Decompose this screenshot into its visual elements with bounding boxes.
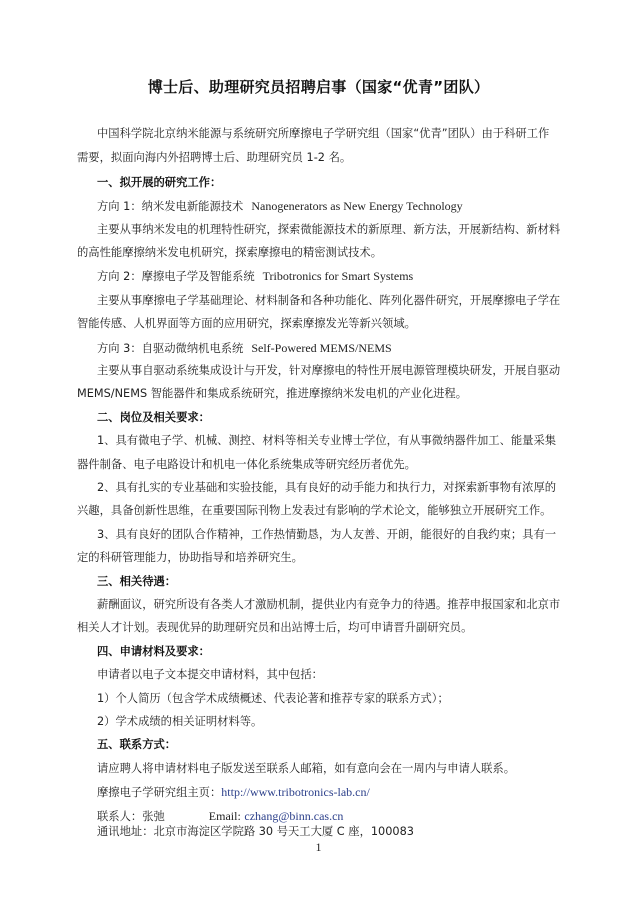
- direction-1-desc-2: 的高性能摩擦纳米发电机研究，探索摩擦电的精密测试技术。: [77, 245, 563, 261]
- contact-person: 联系人：张弛: [97, 810, 165, 823]
- benefits-line-2: 相关人才计划。表现优异的助理研究员和出站博士后，均可申请晋升副研究员。: [77, 620, 563, 636]
- direction-1-english: Nanogenerators as New Energy Technology: [251, 199, 462, 213]
- direction-3-english: Self-Powered MEMS/NEMS: [251, 341, 391, 355]
- direction-3-desc-2: MEMS/NEMS 智能器件和集成系统研究，推进摩擦纳米发电机的产业化进程。: [77, 386, 563, 402]
- page-number: 1: [0, 840, 637, 855]
- requirement-1-line-1: 1、具有微电子学、机械、测控、材料等相关专业博士学位，有从事微纳器件加工、能量采…: [97, 433, 563, 449]
- requirement-3-line-1: 3、具有良好的团队合作精神，工作热情勤恳，为人友善、开朗，能很好的自我约束；具有…: [97, 527, 563, 543]
- email-label: Email:: [209, 809, 241, 823]
- contact-person-line: 联系人：张弛Email: czhang@binn.cas.cn: [97, 808, 563, 825]
- section-heading-materials: 四、申请材料及要求：: [97, 644, 563, 660]
- direction-2-title: 方向 2：摩擦电子学及智能系统Tribotronics for Smart Sy…: [97, 268, 563, 285]
- direction-2-english: Tribotronics for Smart Systems: [263, 269, 414, 283]
- section-heading-benefits: 三、相关待遇：: [97, 574, 563, 590]
- materials-intro: 申请者以电子文本提交申请材料，其中包括：: [97, 667, 563, 683]
- direction-3-title: 方向 3：自驱动微纳机电系统Self-Powered MEMS/NEMS: [97, 340, 563, 357]
- direction-2-label: 方向 2：摩擦电子学及智能系统: [97, 270, 255, 283]
- direction-2-desc-2: 智能传感、人机界面等方面的应用研究，探索摩擦发光等新兴领域。: [77, 316, 563, 332]
- direction-3-desc-1: 主要从事自驱动系统集成设计与开发，针对摩擦电的特性开展电源管理模块研发，开展自驱…: [97, 363, 563, 379]
- requirement-2-line-2: 兴趣，具备创新性思维，在重要国际刊物上发表过有影响的学术论文，能够独立开展研究工…: [77, 503, 563, 519]
- document-page: 博士后、助理研究员招聘启事（国家“优青”团队） 中国科学院北京纳米能源与系统研究…: [0, 0, 637, 900]
- intro-line-1: 中国科学院北京纳米能源与系统研究所摩擦电子学研究组（国家“优青”团队）由于科研工…: [97, 126, 563, 142]
- requirement-3-line-2: 定的科研管理能力，协助指导和培养研究生。: [77, 550, 563, 566]
- intro-line-2: 需要，拟面向海内外招聘博士后、助理研究员 1-2 名。: [77, 150, 563, 166]
- materials-item-1: 1）个人简历（包含学术成绩概述、代表论著和推荐专家的联系方式）；: [97, 691, 563, 707]
- section-heading-requirements: 二、岗位及相关要求：: [97, 410, 563, 426]
- email-link[interactable]: czhang@binn.cas.cn: [244, 809, 343, 823]
- homepage-label: 摩擦电子学研究组主页：: [97, 786, 221, 799]
- direction-1-desc-1: 主要从事纳米发电的机理特性研究，探索微能源技术的新原理、新方法，开展新结构、新材…: [97, 222, 563, 238]
- homepage-line: 摩擦电子学研究组主页：http://www.tribotronics-lab.c…: [97, 784, 563, 801]
- benefits-line-1: 薪酬面议，研究所设有各类人才激励机制，提供业内有竞争力的待遇。推荐申报国家和北京…: [97, 597, 563, 613]
- section-heading-research: 一、拟开展的研究工作：: [97, 175, 563, 191]
- direction-3-label: 方向 3：自驱动微纳机电系统: [97, 342, 243, 355]
- direction-2-desc-1: 主要从事摩擦电子学基础理论、材料制备和各种功能化、阵列化器件研究，开展摩擦电子学…: [97, 293, 563, 309]
- contact-intro: 请应聘人将申请材料电子版发送至联系人邮箱，如有意向会在一周内与申请人联系。: [97, 761, 563, 777]
- address-line: 通讯地址：北京市海淀区学院路 30 号天工大厦 C 座，100083: [97, 824, 563, 840]
- page-title: 博士后、助理研究员招聘启事（国家“优青”团队）: [0, 76, 637, 97]
- direction-1-label: 方向 1：纳米发电新能源技术: [97, 200, 243, 213]
- direction-1-title: 方向 1：纳米发电新能源技术Nanogenerators as New Ener…: [97, 198, 563, 215]
- requirement-2-line-1: 2、具有扎实的专业基础和实验技能，具有良好的动手能力和执行力，对探索新事物有浓厚…: [97, 480, 563, 496]
- section-heading-contact: 五、联系方式：: [97, 737, 563, 753]
- requirement-1-line-2: 器件制备、电子电路设计和机电一体化系统集成等研究经历者优先。: [77, 457, 563, 473]
- materials-item-2: 2）学术成绩的相关证明材料等。: [97, 714, 563, 730]
- homepage-link[interactable]: http://www.tribotronics-lab.cn/: [221, 785, 370, 799]
